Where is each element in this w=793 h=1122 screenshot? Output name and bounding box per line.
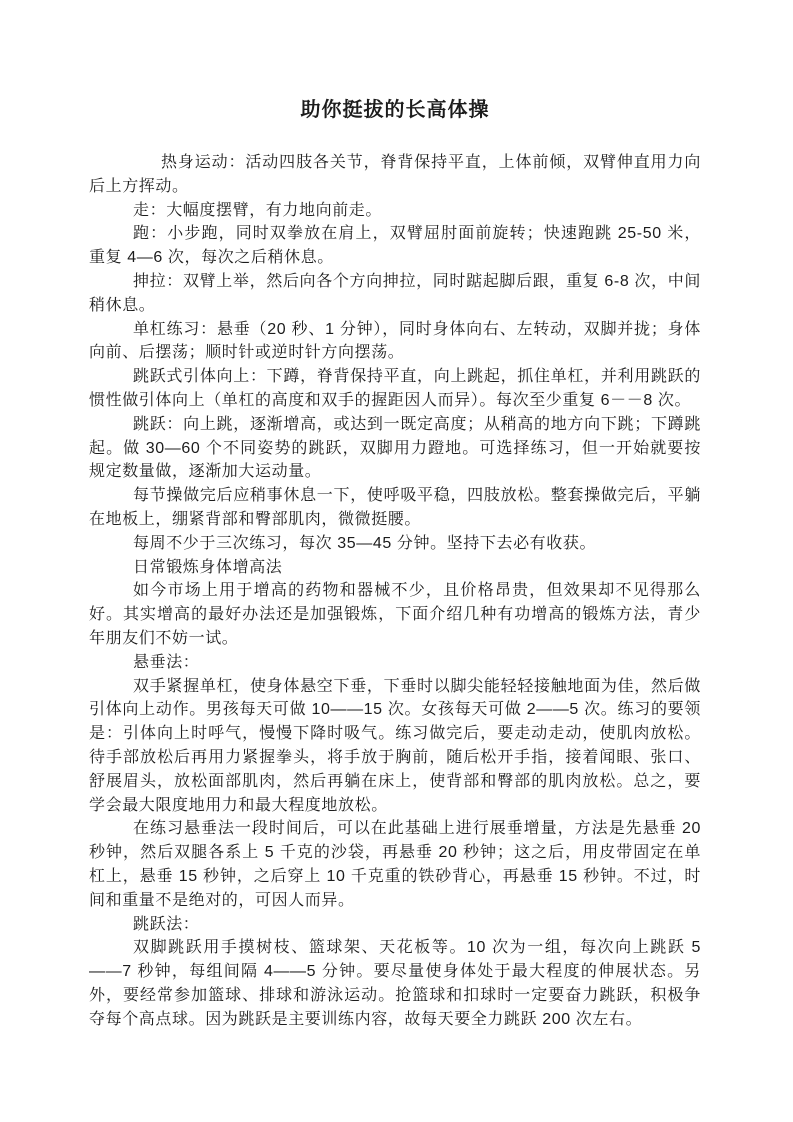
paragraph: 抻拉：双臂上举，然后向各个方向抻拉，同时踮起脚后跟，重复 6-8 次，中间稍休息… xyxy=(89,270,701,318)
paragraph: 悬垂法： xyxy=(89,651,701,675)
paragraph: 在练习悬垂法一段时间后，可以在此基础上进行展垂增量，方法是先悬垂 20 秒钟，然… xyxy=(89,817,701,912)
paragraph: 日常锻炼身体增高法 xyxy=(89,556,701,580)
paragraph: 跳跃式引体向上：下蹲，脊背保持平直，向上跳起，抓住单杠，并利用跳跃的惯性做引体向… xyxy=(89,365,701,413)
document-title: 助你挺拔的长高体操 xyxy=(89,96,701,124)
paragraph: 每周不少于三次练习，每次 35—45 分钟。坚持下去必有收获。 xyxy=(89,532,701,556)
paragraph: 走：大幅度摆臂，有力地向前走。 xyxy=(89,199,701,223)
paragraph: 热身运动：活动四肢各关节，脊背保持平直，上体前倾，双臂伸直用力向后上方挥动。 xyxy=(89,151,701,199)
paragraph: 每节操做完后应稍事休息一下，使呼吸平稳，四肢放松。整套操做完后，平躺在地板上，绷… xyxy=(89,484,701,532)
paragraph: 如今市场上用于增高的药物和器械不少，且价格昂贵，但效果却不见得那么好。其实增高的… xyxy=(89,579,701,650)
paragraph: 双脚跳跃用手摸树枝、篮球架、天花板等。10 次为一组，每次向上跳跃 5——7 秒… xyxy=(89,936,701,1031)
paragraph: 跳跃法： xyxy=(89,913,701,937)
paragraph: 跳跃：向上跳，逐渐增高，或达到一既定高度；从稍高的地方向下跳；下蹲跳起。做 30… xyxy=(89,413,701,484)
document-body: 热身运动：活动四肢各关节，脊背保持平直，上体前倾，双臂伸直用力向后上方挥动。走：… xyxy=(89,151,701,1031)
document-page: 助你挺拔的长高体操 热身运动：活动四肢各关节，脊背保持平直，上体前倾，双臂伸直用… xyxy=(0,0,793,1122)
paragraph: 双手紧握单杠，使身体悬空下垂，下垂时以脚尖能轻轻接触地面为佳，然后做引体向上动作… xyxy=(89,675,701,818)
paragraph: 单杠练习：悬垂（20 秒、1 分钟），同时身体向右、左转动，双脚并拢；身体向前、… xyxy=(89,318,701,366)
paragraph: 跑：小步跑，同时双拳放在肩上，双臂屈肘面前旋转；快速跑跳 25-50 米，重复 … xyxy=(89,222,701,270)
